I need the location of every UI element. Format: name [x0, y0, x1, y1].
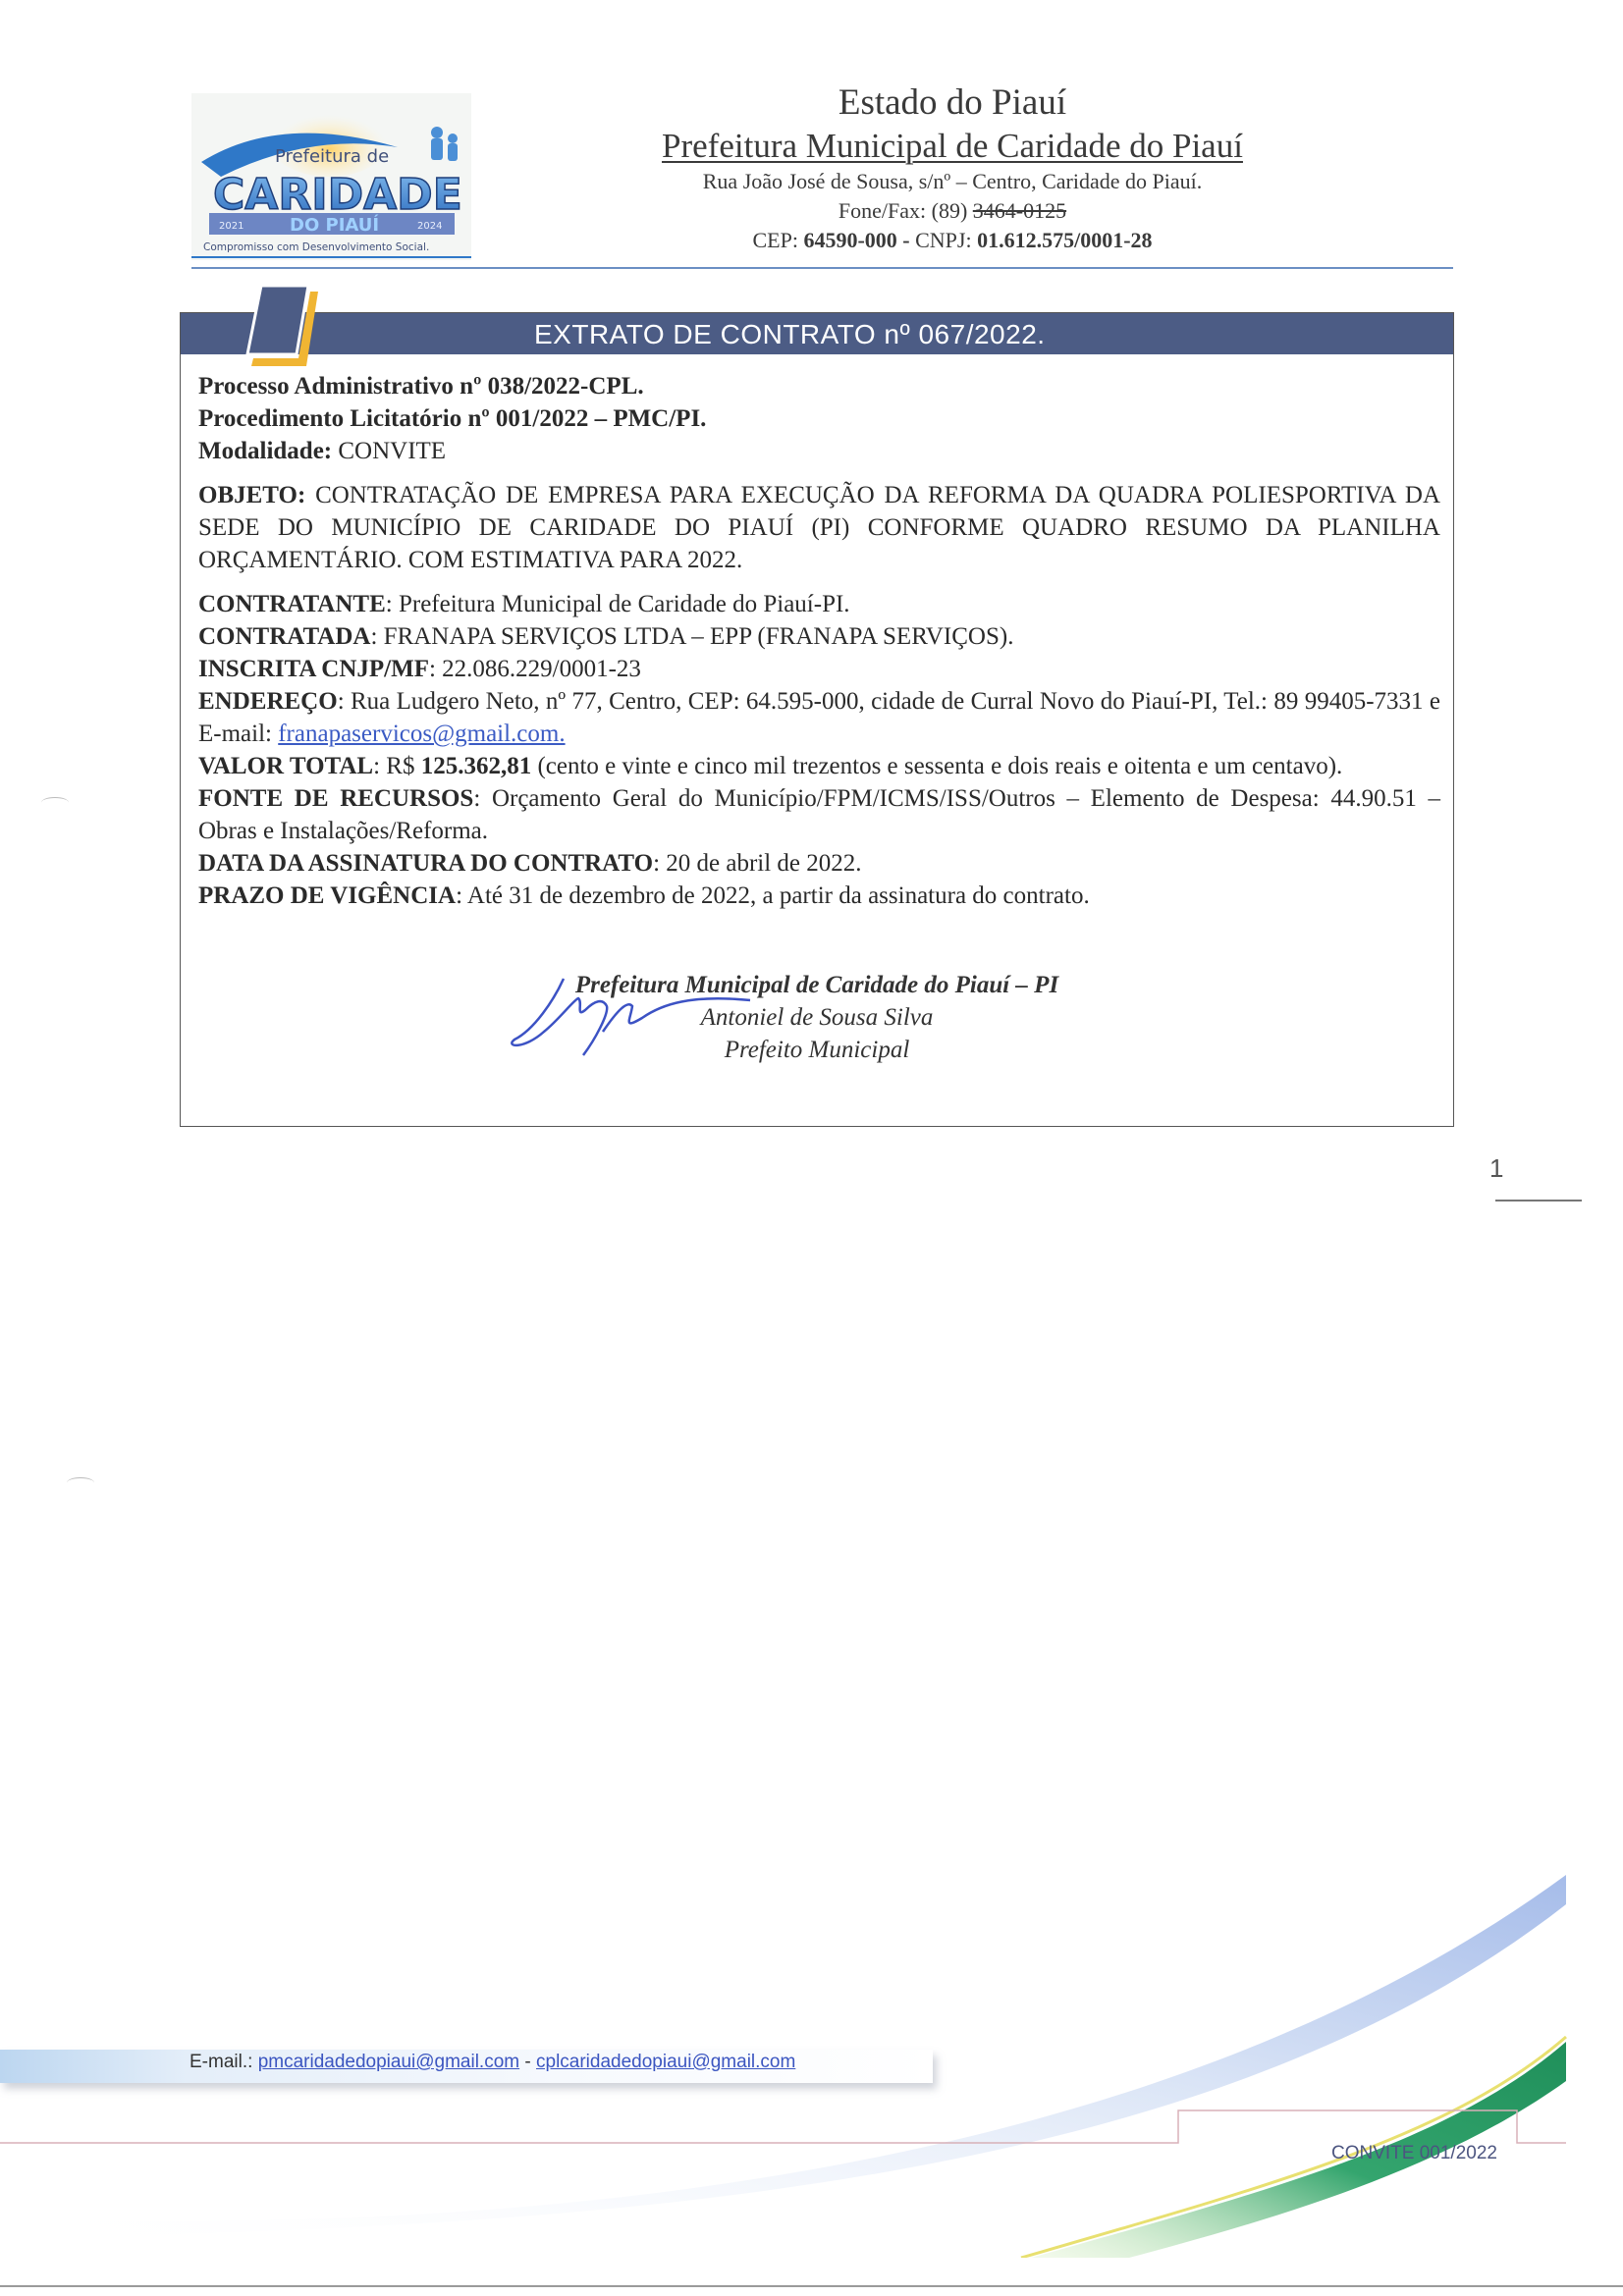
svg-text:Prefeitura de: Prefeitura de	[275, 146, 389, 167]
scan-mark	[67, 1477, 94, 1488]
svg-text:DO PIAUÍ: DO PIAUÍ	[290, 214, 379, 236]
contracted-company: CONTRATADA: FRANAPA SERVIÇOS LTDA – EPP …	[198, 620, 1440, 653]
phone-number-struck: 3464-0125	[973, 198, 1066, 223]
page-number-rule	[1495, 1200, 1582, 1201]
signature-block: Prefeitura Municipal de Caridade do Piau…	[181, 969, 1453, 1066]
city-hall-email-link[interactable]: pmcaridadedopiaui@gmail.com	[258, 2052, 519, 2072]
svg-text:2024: 2024	[417, 221, 442, 232]
signatory-name: Antoniel de Sousa Silva	[181, 1001, 1453, 1034]
modality: Modalidade: CONVITE	[198, 435, 1440, 467]
document-reference: CONVITE 001/2022	[1331, 2143, 1497, 2164]
svg-text:2021: 2021	[219, 221, 243, 232]
signatory-organization: Prefeitura Municipal de Caridade do Piau…	[181, 969, 1453, 1001]
letterhead: Estado do Piauí Prefeitura Municipal de …	[589, 80, 1316, 255]
scan-mark	[41, 797, 69, 808]
state-name: Estado do Piauí	[589, 80, 1316, 126]
contract-extract-box: EXTRATO DE CONTRATO nº 067/2022. Process…	[180, 312, 1454, 1127]
city-hall-phone: Fone/Fax: (89) 3464-0125	[589, 196, 1316, 226]
footer-contact: E-mail.: pmcaridadedopiaui@gmail.com - c…	[189, 2052, 795, 2073]
company-cnpj: INSCRITA CNJP/MF: 22.086.229/0001-23	[198, 653, 1440, 685]
funding-source: FONTE DE RECURSOS: Orçamento Geral do Mu…	[198, 782, 1440, 847]
svg-text:Compromisso com Desenvolviment: Compromisso com Desenvolvimento Social.	[203, 241, 429, 253]
contract-object: OBJETO: CONTRATAÇÃO DE EMPRESA PARA EXEC…	[198, 479, 1440, 576]
company-email-link[interactable]: franapaservicos@gmail.com.	[278, 721, 565, 747]
banner-decoration-icon	[240, 286, 328, 376]
validity-term: PRAZO DE VIGÊNCIA: Até 31 de dezembro de…	[198, 880, 1440, 912]
svg-text:CARIDADE: CARIDADE	[213, 170, 462, 220]
header-divider	[191, 267, 1453, 269]
signatory-role: Prefeito Municipal	[181, 1034, 1453, 1066]
page-bottom-rule	[0, 2285, 1623, 2287]
signing-date: DATA DA ASSINATURA DO CONTRATO: 20 de ab…	[198, 847, 1440, 880]
contract-body: Processo Administrativo nº 038/2022-CPL.…	[198, 370, 1440, 912]
contractor: CONTRATANTE: Prefeitura Municipal de Car…	[198, 588, 1440, 620]
cpl-email-link[interactable]: cplcaridadedopiaui@gmail.com	[536, 2052, 795, 2072]
procedure-number: Procedimento Licitatório nº 001/2022 – P…	[198, 402, 1440, 435]
logo-graphic: Prefeitura de CARIDADE DO PIAUÍ 2021 202…	[191, 93, 471, 260]
company-address: ENDEREÇO: Rua Ludgero Neto, nº 77, Centr…	[198, 685, 1440, 750]
city-hall-logo: Prefeitura de CARIDADE DO PIAUÍ 2021 202…	[191, 93, 471, 260]
city-hall-name: Prefeitura Municipal de Caridade do Piau…	[589, 126, 1316, 167]
process-number: Processo Administrativo nº 038/2022-CPL.	[198, 370, 1440, 402]
cep-cnpj: CEP: 64590-000 - CNPJ: 01.612.575/0001-2…	[589, 226, 1316, 255]
total-value-amount: 125.362,81	[421, 753, 532, 779]
total-value: VALOR TOTAL: R$ 125.362,81 (cento e vint…	[198, 750, 1440, 782]
page-number: 1	[1489, 1153, 1503, 1184]
city-hall-address: Rua João José de Sousa, s/nº – Centro, C…	[589, 167, 1316, 196]
contract-title: EXTRATO DE CONTRATO nº 067/2022.	[534, 313, 1221, 356]
